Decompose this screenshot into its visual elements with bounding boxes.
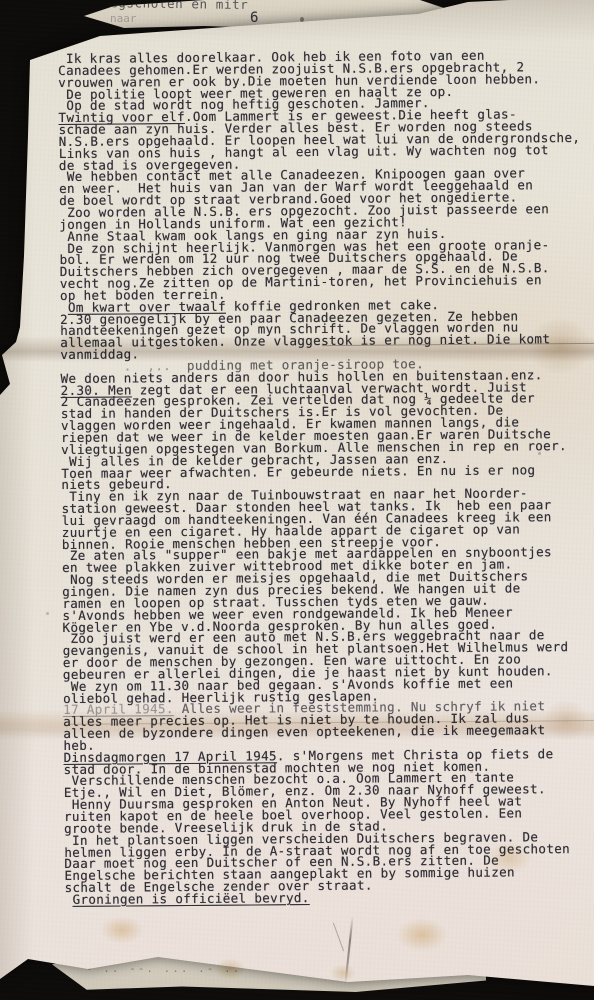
photo-of-typewritten-diary-page: wegschoten en mitr naar - .. --. ... .- … bbox=[0, 0, 594, 1000]
document-body: Ik kras alles doorelkaar. Ook heb ik een… bbox=[58, 49, 594, 906]
page-number: 6 bbox=[250, 10, 258, 26]
text-line: allemaal uitgestoken. Onze vlaggestok is… bbox=[60, 333, 592, 349]
text-line: alleen de byzondere dingen even opteeken… bbox=[63, 724, 594, 740]
